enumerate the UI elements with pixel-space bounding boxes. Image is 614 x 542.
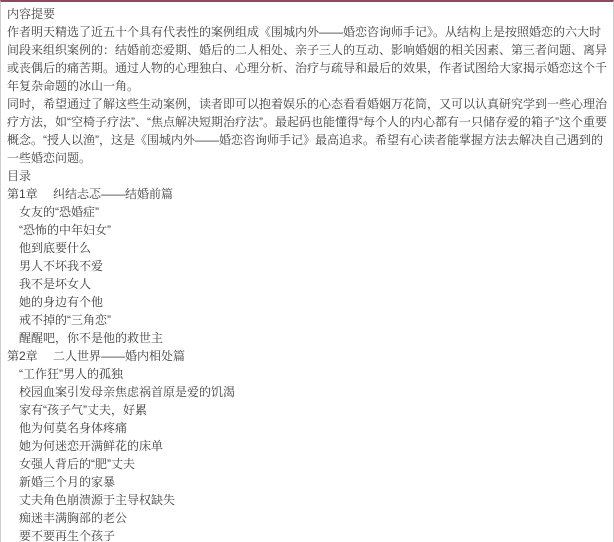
toc-item: 女友的“恐婚症”	[7, 203, 609, 221]
toc-item: 我不是坏女人	[7, 275, 609, 293]
toc-title: 目录	[7, 167, 609, 185]
toc-item: 男人不坏我不爱	[7, 257, 609, 275]
toc-item: 痴迷丰满胸部的老公	[7, 509, 609, 527]
toc-item: “工作狂”男人的孤独	[7, 365, 609, 383]
table-of-contents: 第1章 纠结忐忑——结婚前篇女友的“恐婚症”“恐怖的中年妇女”他到底要什么男人不…	[7, 185, 609, 542]
toc-item: 他为何莫名身体疼痛	[7, 419, 609, 437]
book-intro-page: 内容提要 作者明天精选了近五十个具有代表性的案例组成《围城内外——婚恋咨询师手记…	[0, 0, 614, 542]
toc-chapter-heading: 第2章 二人世界——婚内相处篇	[7, 347, 609, 365]
toc-item: 校园血案引发母亲焦虑祸首原是爱的饥渴	[7, 383, 609, 401]
toc-item: 要不要再生个孩子	[7, 527, 609, 542]
toc-item: 醒醒吧，你不是他的救世主	[7, 329, 609, 347]
toc-item: 新婚三个月的家暴	[7, 473, 609, 491]
toc-item: 她的身边有个他	[7, 293, 609, 311]
toc-item: “恐怖的中年妇女”	[7, 221, 609, 239]
toc-item: 丈夫角色崩溃源于主导权缺失	[7, 491, 609, 509]
summary-paragraph-1: 作者明天精选了近五十个具有代表性的案例组成《围城内外——婚恋咨询师手记》。从结构…	[7, 23, 609, 95]
toc-item: 女强人背后的“肥”丈夫	[7, 455, 609, 473]
toc-item: 他到底要什么	[7, 239, 609, 257]
toc-item: 戒不掉的“三角恋”	[7, 311, 609, 329]
toc-item: 家有“孩子气”丈夫，好累	[7, 401, 609, 419]
toc-item: 她为何迷恋开满鲜花的床单	[7, 437, 609, 455]
toc-chapter-heading: 第1章 纠结忐忑——结婚前篇	[7, 185, 609, 203]
summary-title: 内容提要	[7, 5, 609, 23]
summary-paragraph-2: 同时，希望通过了解这些生动案例，读者即可以抱着娱乐的心态看看婚姻万花筒，又可以认…	[7, 95, 609, 167]
